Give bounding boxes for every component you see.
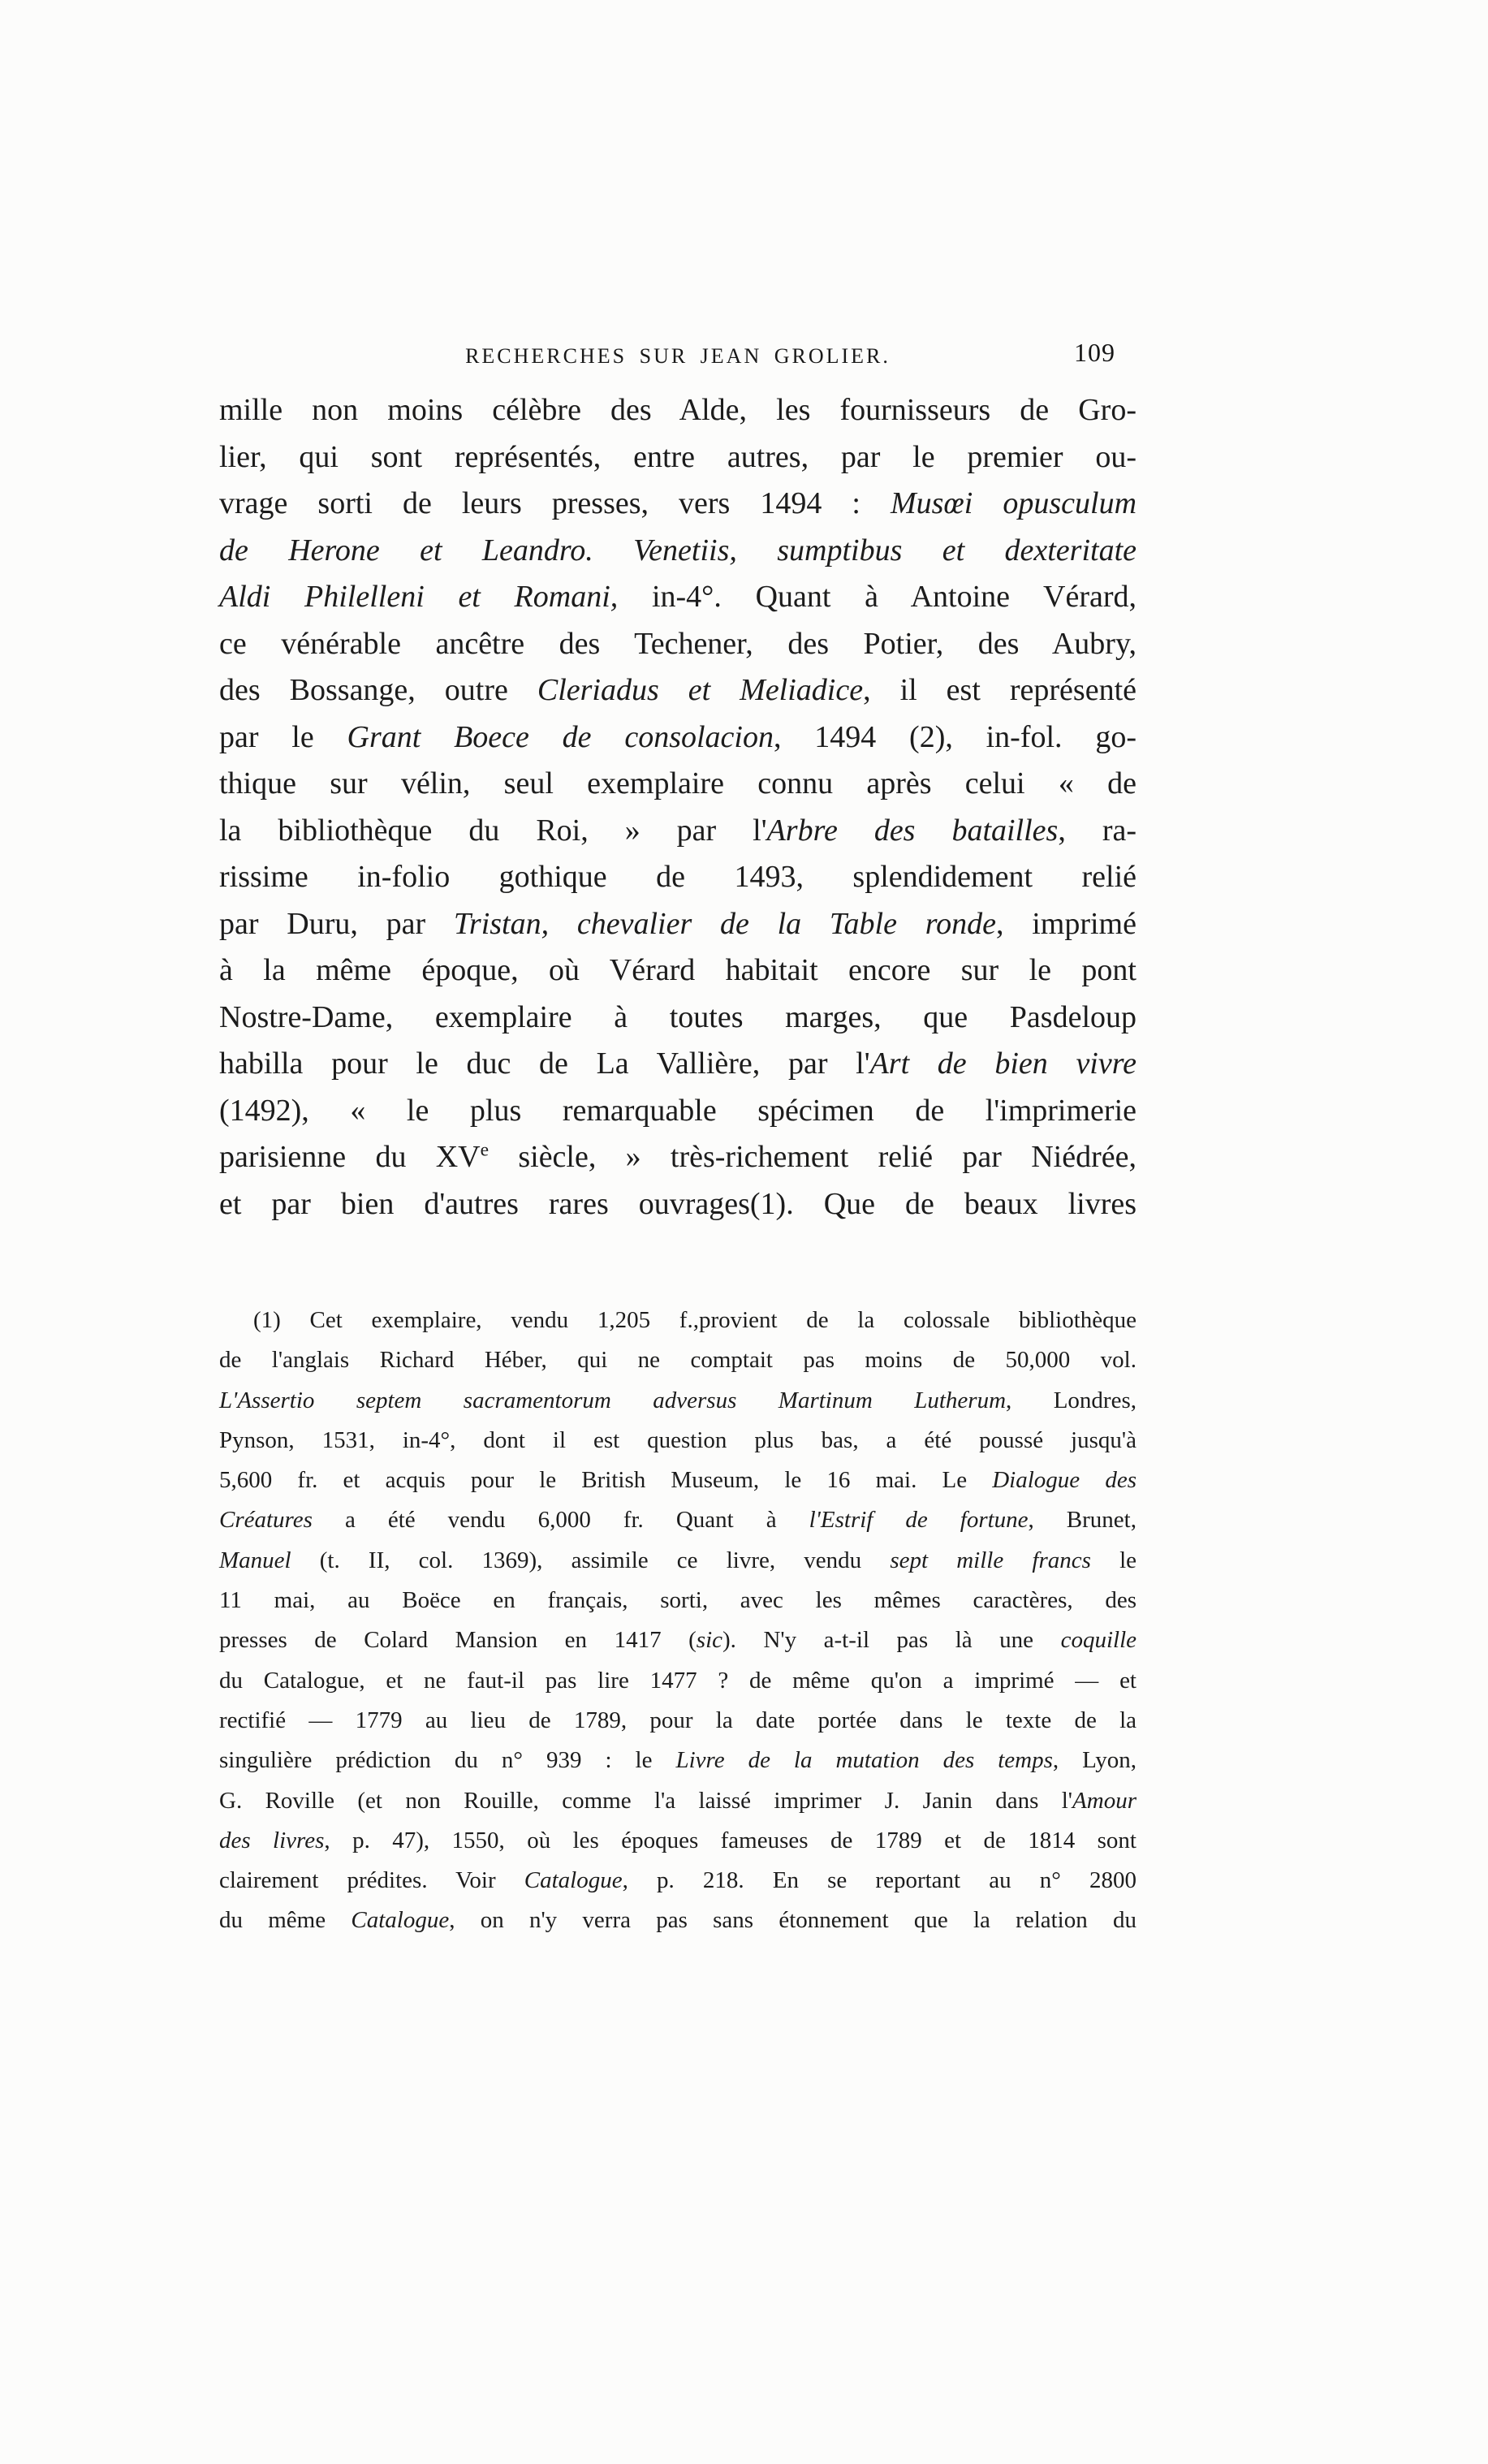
footnote-line: rectifié — 1779 au lieu de 1789, pour la… <box>219 1701 1136 1741</box>
text-segment: parisienne du XV <box>219 1140 481 1174</box>
italic-text-segment: coquille <box>1061 1627 1136 1653</box>
text-segment: le <box>1091 1547 1136 1573</box>
text-segment: mille non moins célèbre des Alde, les fo… <box>219 393 1136 427</box>
text-segment: par le <box>219 720 347 754</box>
body-text-line: par Duru, par Tristan, chevalier de la T… <box>219 901 1136 948</box>
text-segment: Pynson, 1531, in-4°, dont il est questio… <box>219 1427 1136 1453</box>
body-text-line: par le Grant Boece de consolacion, 1494 … <box>219 714 1136 762</box>
footnote-line: clairement prédites. Voir Catalogue, p. … <box>219 1861 1136 1901</box>
footnote-line: du même Catalogue, on n'y verra pas sans… <box>219 1901 1136 1940</box>
text-segment: 5,600 fr. et acquis pour le British Muse… <box>219 1467 992 1493</box>
text-segment: , on n'y verra pas sans étonnement que l… <box>449 1907 1136 1933</box>
body-text-line: lier, qui sont représentés, entre autres… <box>219 434 1136 481</box>
footnote-line: 5,600 fr. et acquis pour le British Muse… <box>219 1461 1136 1500</box>
italic-text-segment: sic <box>697 1627 722 1653</box>
text-segment: , p. 218. En se reportant au n° 2800 <box>623 1867 1136 1893</box>
text-segment: vrage sorti de leurs presses, vers 1494 … <box>219 486 891 520</box>
body-text-line: (1492), « le plus remarquable spécimen d… <box>219 1088 1136 1135</box>
italic-text-segment: L'Assertio septem sacramentorum adversus… <box>219 1387 1006 1413</box>
body-text-line: des Bossange, outre Cleriadus et Meliadi… <box>219 667 1136 714</box>
italic-text-segment: Manuel <box>219 1547 291 1573</box>
text-segment: la bibliothèque du Roi, » par l' <box>219 813 767 848</box>
italic-text-segment: de Herone et Leandro. Venetiis, sumptibu… <box>219 533 1136 567</box>
text-segment: ce vénérable ancêtre des Techener, des P… <box>219 627 1136 661</box>
italic-text-segment: Catalogue <box>351 1907 449 1933</box>
text-segment: clairement prédites. Voir <box>219 1867 524 1893</box>
italic-text-segment: Créatures <box>219 1507 313 1533</box>
italic-text-segment: Art de bien vivre <box>870 1046 1136 1081</box>
text-segment: a été vendu 6,000 fr. Quant à <box>313 1507 809 1533</box>
footnote-line: L'Assertio septem sacramentorum adversus… <box>219 1381 1136 1421</box>
italic-text-segment: Catalogue <box>524 1867 623 1893</box>
body-text: mille non moins célèbre des Alde, les fo… <box>219 387 1136 1228</box>
italic-text-segment: l'Estrif de fortune <box>809 1507 1029 1533</box>
text-segment: G. Roville (et non Rouille, comme l'a la… <box>219 1788 1072 1814</box>
text-segment: à la même époque, où Vérard habitait enc… <box>219 953 1136 987</box>
body-text-line: à la même époque, où Vérard habitait enc… <box>219 947 1136 995</box>
body-text-line: Nostre-Dame, exemplaire à toutes marges,… <box>219 995 1136 1042</box>
text-segment: 11 mai, au Boëce en français, sorti, ave… <box>219 1587 1136 1613</box>
footnote-line: de l'anglais Richard Héber, qui ne compt… <box>219 1340 1136 1380</box>
italic-text-segment: Aldi Philelleni et Romani, <box>219 580 618 614</box>
text-segment: du même <box>219 1907 351 1933</box>
text-segment: , p. 47), 1550, où les époques fameuses … <box>324 1828 1136 1853</box>
text-segment: (1492), « le plus remarquable spécimen d… <box>219 1094 1136 1128</box>
body-text-line: ce vénérable ancêtre des Techener, des P… <box>219 621 1136 668</box>
text-segment: , Lyon, <box>1053 1747 1136 1773</box>
italic-text-segment: Livre de la mutation des temps <box>675 1747 1052 1773</box>
page-number: 109 <box>1074 338 1115 368</box>
text-segment: et par bien d'autres rares ouvrages(1). … <box>219 1187 1136 1221</box>
italic-text-segment: des livres <box>219 1828 324 1853</box>
italic-text-segment: Arbre des batailles <box>767 813 1059 848</box>
text-segment: rissime in-folio gothique de 1493, splen… <box>219 860 1136 894</box>
footnote-line: 11 mai, au Boëce en français, sorti, ave… <box>219 1581 1136 1620</box>
footnote-line: (1) Cet exemplaire, vendu 1,205 f.,provi… <box>219 1301 1136 1340</box>
footnote-line: des livres, p. 47), 1550, où les époques… <box>219 1821 1136 1861</box>
text-segment: habilla pour le duc de La Vallière, par … <box>219 1046 870 1081</box>
page-header: 109 RECHERCHES SUR JEAN GROLIER. <box>219 338 1136 373</box>
body-text-line: Aldi Philelleni et Romani, in-4°. Quant … <box>219 574 1136 621</box>
body-text-line: parisienne du XVe siècle, » très-richeme… <box>219 1134 1136 1181</box>
italic-text-segment: sept mille francs <box>890 1547 1091 1573</box>
body-text-line: vrage sorti de leurs presses, vers 1494 … <box>219 481 1136 528</box>
footnote-line: Pynson, 1531, in-4°, dont il est questio… <box>219 1421 1136 1461</box>
scanned-book-page: 109 RECHERCHES SUR JEAN GROLIER. mille n… <box>0 0 1488 2464</box>
text-segment: Nostre-Dame, exemplaire à toutes marges,… <box>219 1000 1136 1034</box>
text-segment: , ra- <box>1058 813 1136 848</box>
text-segment: siècle, » très-richement relié par Niédr… <box>489 1140 1136 1174</box>
footnote-line: G. Roville (et non Rouille, comme l'a la… <box>219 1781 1136 1821</box>
footnote: (1) Cet exemplaire, vendu 1,205 f.,provi… <box>219 1301 1136 1941</box>
text-segment: , imprimé <box>996 907 1136 941</box>
footnote-line: Créatures a été vendu 6,000 fr. Quant à … <box>219 1500 1136 1540</box>
text-segment: , il est représenté <box>863 673 1136 707</box>
body-text-line: et par bien d'autres rares ouvrages(1). … <box>219 1181 1136 1228</box>
text-segment: presses de Colard Mansion en 1417 ( <box>219 1627 697 1653</box>
text-segment: singulière prédiction du n° 939 : le <box>219 1747 675 1773</box>
body-text-line: rissime in-folio gothique de 1493, splen… <box>219 854 1136 901</box>
footnote-line: Manuel (t. II, col. 1369), assimile ce l… <box>219 1541 1136 1581</box>
footnote-line: du Catalogue, et ne faut-il pas lire 147… <box>219 1661 1136 1701</box>
body-text-line: thique sur vélin, seul exemplaire connu … <box>219 761 1136 808</box>
text-segment: du Catalogue, et ne faut-il pas lire 147… <box>219 1668 1136 1694</box>
italic-text-segment: Dialogue des <box>992 1467 1136 1493</box>
text-segment: par Duru, par <box>219 907 454 941</box>
footnote-line: presses de Colard Mansion en 1417 (sic).… <box>219 1620 1136 1660</box>
text-segment: (1) Cet exemplaire, vendu 1,205 f.,provi… <box>253 1307 1136 1333</box>
italic-text-segment: Cleriadus et Meliadice <box>537 673 863 707</box>
text-segment: , Brunet, <box>1029 1507 1136 1533</box>
text-segment: de l'anglais Richard Héber, qui ne compt… <box>219 1347 1136 1373</box>
text-segment: rectifié — 1779 au lieu de 1789, pour la… <box>219 1707 1136 1733</box>
text-segment: , Londres, <box>1006 1387 1136 1413</box>
running-title: RECHERCHES SUR JEAN GROLIER. <box>219 338 1136 369</box>
body-text-line: la bibliothèque du Roi, » par l'Arbre de… <box>219 808 1136 855</box>
text-segment: (t. II, col. 1369), assimile ce livre, v… <box>291 1547 891 1573</box>
body-text-line: mille non moins célèbre des Alde, les fo… <box>219 387 1136 434</box>
italic-text-segment: Amour <box>1072 1788 1136 1814</box>
italic-text-segment: Musœi opusculum <box>891 486 1136 520</box>
text-segment: lier, qui sont représentés, entre autres… <box>219 440 1136 474</box>
text-segment: , 1494 (2), in-fol. go- <box>774 720 1136 754</box>
italic-text-segment: Grant Boece de consolacion <box>347 720 774 754</box>
text-segment: des Bossange, outre <box>219 673 537 707</box>
text-segment: in-4°. Quant à Antoine Vérard, <box>618 580 1136 614</box>
superscript-text-segment: e <box>481 1139 489 1160</box>
body-text-line: de Herone et Leandro. Venetiis, sumptibu… <box>219 528 1136 575</box>
italic-text-segment: Tristan, chevalier de la Table ronde <box>454 907 996 941</box>
footnote-line: singulière prédiction du n° 939 : le Liv… <box>219 1741 1136 1780</box>
text-segment: ). N'y a-t-il pas là une <box>722 1627 1061 1653</box>
body-text-line: habilla pour le duc de La Vallière, par … <box>219 1041 1136 1088</box>
text-segment: thique sur vélin, seul exemplaire connu … <box>219 766 1136 800</box>
